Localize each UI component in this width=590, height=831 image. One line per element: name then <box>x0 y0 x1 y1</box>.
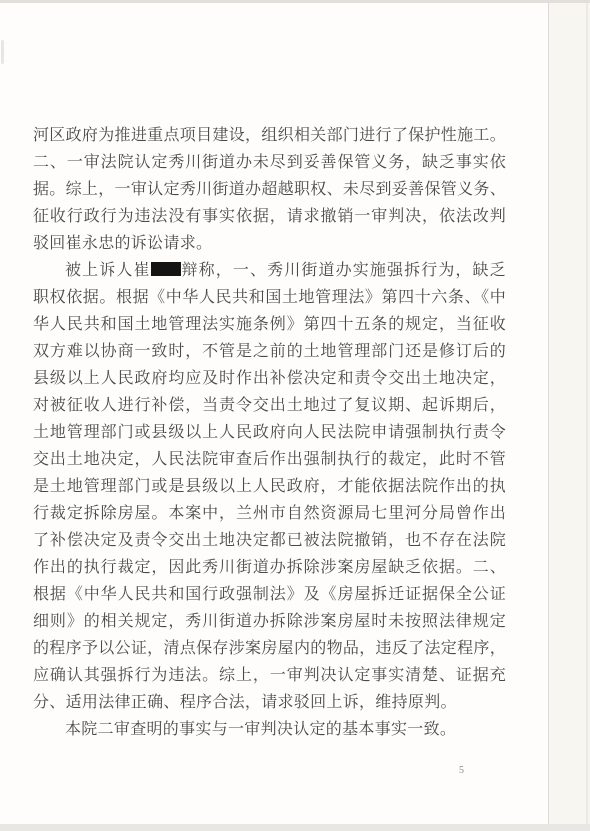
text-line: 作出的执行裁定，因此秀川街道办拆除涉案房屋缺乏依据。二、 <box>33 554 506 581</box>
scan-edge-top <box>0 0 590 3</box>
text-line: 河区政府为推进重点项目建设，组织相关部门进行了保护性施工。 <box>33 122 506 149</box>
text-line: 细则》的相关规定，秀川街道办拆除涉案房屋时未按照法律规定 <box>33 608 506 635</box>
text-line: 土地管理部门或县级以上人民政府向人民法院申请强制执行责令 <box>33 419 506 446</box>
text-line: 征收行政行为违法没有事实依据，请求撤销一审判决，依法改判 <box>33 203 506 230</box>
text-line: 职权依据。根据《中华人民共和国土地管理法》第四十六条、《中 <box>33 284 506 311</box>
text-line: 县级以上人民政府均应及时作出补偿决定和责令交出土地决定， <box>33 365 506 392</box>
scan-right-strip <box>549 3 590 831</box>
scan-page-right-edge <box>548 3 549 831</box>
text-line: 华人民共和国土地管理法实施条例》第四十五条的规定，当征收 <box>33 311 506 338</box>
text-line: 本院二审查明的事实与一审判决认定的基本事实一致。 <box>33 716 506 743</box>
text-segment: 被上诉人崔 <box>65 262 151 279</box>
text-line: 根据《中华人民共和国行政强制法》及《房屋拆迁证据保全公证 <box>33 581 506 608</box>
scanned-court-document-page: 河区政府为推进重点项目建设，组织相关部门进行了保护性施工。 二、一审法院认定秀川… <box>0 0 590 831</box>
text-line: 对被征收人进行补偿，当责令交出土地过了复议期、起诉期后， <box>33 392 506 419</box>
document-text: 河区政府为推进重点项目建设，组织相关部门进行了保护性施工。 二、一审法院认定秀川… <box>33 122 506 743</box>
text-line: 交出土地决定，人民法院审查后作出强制执行的裁定，此时不管 <box>33 446 506 473</box>
scan-outer-right-edge <box>586 3 588 831</box>
text-line: 是土地管理部门或是县级以上人民政府，才能依据法院作出的执 <box>33 473 506 500</box>
scan-edge-bottom <box>0 824 590 831</box>
text-line: 行裁定拆除房屋。本案中，兰州市自然资源局七里河分局曾作出 <box>33 500 506 527</box>
text-line: 了补偿决定及责令交出土地决定都已被法院撤销，也不存在法院 <box>33 527 506 554</box>
text-line: 二、一审法院认定秀川街道办未尽到妥善保管义务，缺乏事实依 <box>33 149 506 176</box>
page-number: 5 <box>459 765 464 776</box>
text-line: 的程序予以公证，清点保存涉案房屋内的物品，违反了法定程序， <box>33 635 506 662</box>
text-line: 分、适用法律正确、程序合法，请求驳回上诉，维持原判。 <box>33 689 506 716</box>
text-segment: 辩称，一、秀川街道办实施强拆行为，缺乏 <box>181 262 506 279</box>
text-line: 据。综上，一审认定秀川街道办超越职权、未尽到妥善保管义务、 <box>33 176 506 203</box>
scan-left-artifact <box>1 40 4 64</box>
redaction-box <box>151 262 181 276</box>
text-line: 应确认其强拆行为违法。综上，一审判决认定事实清楚、证据充 <box>33 662 506 689</box>
text-line: 驳回崔永忠的诉讼请求。 <box>33 230 506 257</box>
text-line: 双方难以协商一致时，不管是之前的土地管理部门还是修订后的 <box>33 338 506 365</box>
text-line-with-redaction: 被上诉人崔辩称，一、秀川街道办实施强拆行为，缺乏 <box>33 257 506 284</box>
